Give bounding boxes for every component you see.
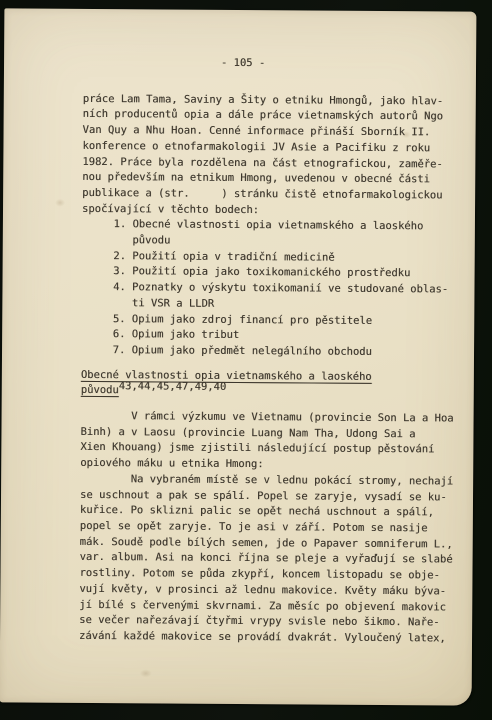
paragraph-intro: práce Lam Tama, Saviny a Šity o etniku H… bbox=[82, 92, 463, 220]
numbered-list: 1. Obecné vlastnosti opia vietnamského a… bbox=[81, 217, 462, 361]
paragraph-research: V rámci výzkumu ve Vietnamu (provincie S… bbox=[80, 409, 460, 474]
typewritten-text-block: - 105 - práce Lam Tama, Saviny a Šity o … bbox=[79, 55, 463, 647]
paper-sheet: - 105 - práce Lam Tama, Saviny a Šity o … bbox=[0, 8, 476, 705]
text-line: závání každé makovice se provádí dvakrát… bbox=[79, 629, 459, 647]
paper-smudge bbox=[140, 669, 152, 677]
section-heading: Obecné vlastnosti opia vietnamského a la… bbox=[81, 368, 461, 402]
paragraph-cultivation: Na vybraném místě se v lednu pokácí stro… bbox=[79, 472, 460, 647]
scanned-page-background: - 105 - práce Lam Tama, Saviny a Šity o … bbox=[0, 0, 492, 720]
heading-text-line2: původu bbox=[81, 384, 119, 396]
heading-reference-numbers: 43,44,45,47,49,40 bbox=[119, 380, 227, 393]
paper-smudge bbox=[55, 199, 65, 207]
heading-line: původu43,44,45,47,49,40 bbox=[81, 383, 461, 401]
page-number: - 105 - bbox=[83, 55, 403, 73]
text-line: 7. Opium jako předmět nelegálního obchod… bbox=[81, 343, 461, 361]
